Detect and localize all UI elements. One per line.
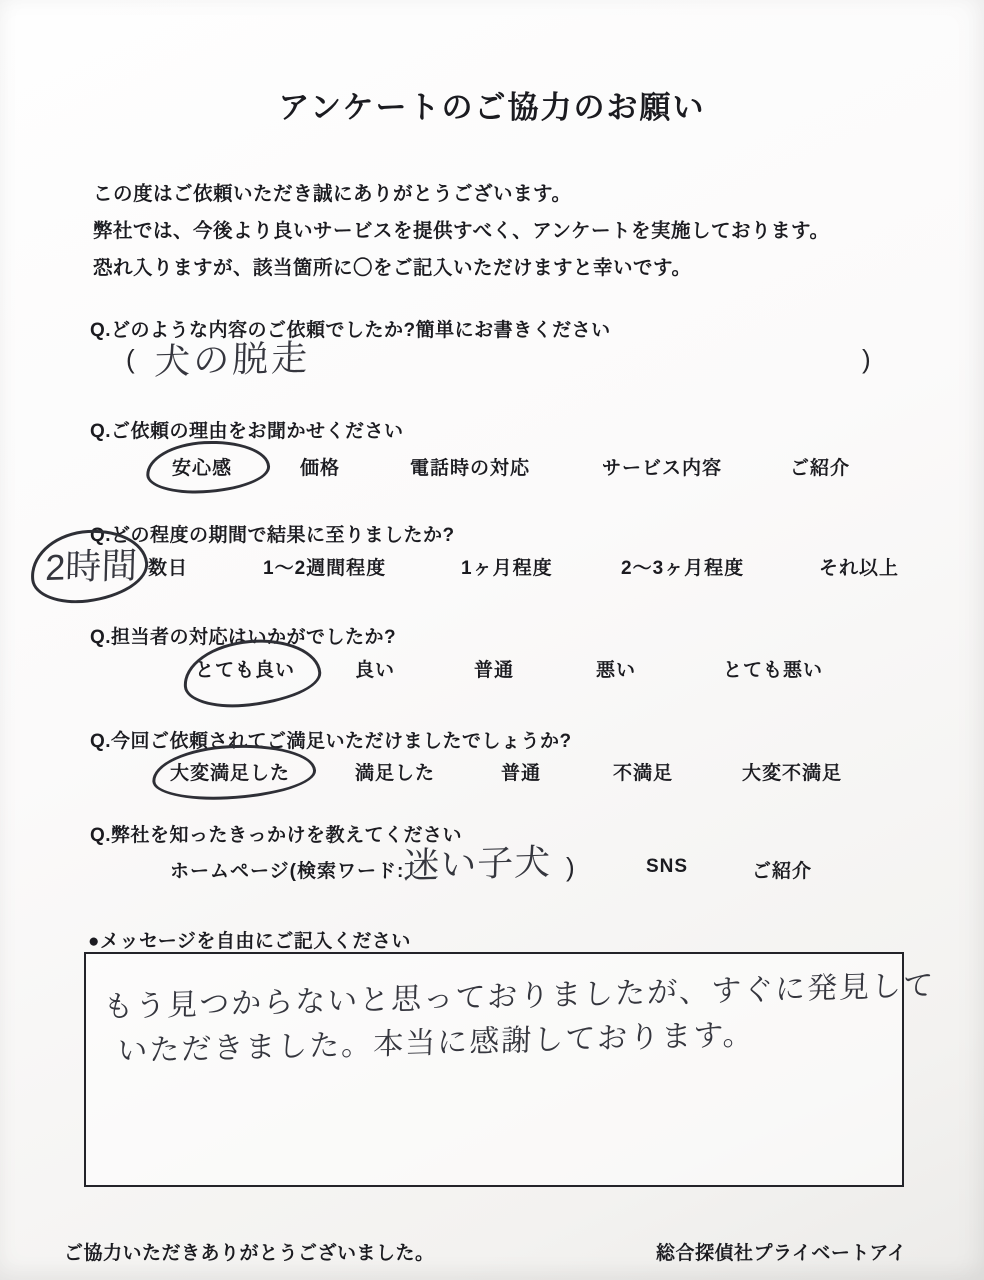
q5-satisfaction-label: Q.今回ご依頼されてご満足いただけましたでしょうか? (90, 726, 572, 753)
option-neutral: 普通 (501, 758, 541, 785)
option-bad: 悪い (596, 655, 636, 682)
footer-company-name: 総合探偵社プライベートアイ (656, 1238, 907, 1265)
option-service-content: サービス内容 (602, 453, 722, 480)
option-good: 良い (355, 655, 395, 682)
intro-line: 弊社では、今後より良いサービスを提供すべく、アンケートを実施しております。 (93, 215, 830, 243)
option-few-days: 数日 (148, 553, 188, 580)
option-1-2-weeks: 1〜2週間程度 (263, 553, 386, 580)
q6-handwritten-keyword: 迷い子犬 (403, 834, 552, 889)
option-longer: それ以上 (819, 553, 899, 580)
option-normal: 普通 (474, 655, 514, 682)
option-unsatisfied: 不満足 (613, 758, 673, 785)
q3-duration-label: Q.どの程度の期間で結果に至りましたか? (90, 520, 455, 547)
option-referral-channel: ご紹介 (752, 856, 812, 883)
intro-line: 恐れ入りますが、該当箇所に〇をご記入いただけますと幸いです。 (93, 252, 691, 280)
intro-line: この度はご依頼いただき誠にありがとうございます。 (93, 178, 571, 206)
q1-open-paren: ( (126, 344, 135, 375)
option-phone-response: 電話時の対応 (410, 453, 530, 480)
q6-close-paren: ) (566, 852, 575, 883)
scanned-survey-page: アンケートのご協力のお願い この度はご依頼いただき誠にありがとうございます。 弊… (0, 0, 984, 1280)
q1-close-paren: ) (862, 344, 871, 375)
option-very-unsatisfied: 大変不満足 (742, 758, 842, 785)
message-section-label: ●メッセージを自由にご記入ください (88, 926, 411, 953)
option-price: 価格 (300, 453, 340, 480)
option-referral: ご紹介 (790, 453, 850, 480)
option-very-bad: とても悪い (723, 655, 823, 682)
option-sns: SNS (646, 856, 688, 878)
q1-handwritten-answer: 犬の脱走 (154, 330, 311, 385)
option-satisfied: 満足した (355, 758, 435, 785)
hand-drawn-circle (145, 438, 272, 496)
option-homepage-search-word: ホームページ(検索ワード: (170, 856, 404, 883)
option-2-3-months: 2〜3ヶ月程度 (621, 553, 744, 580)
option-1-month: 1ヶ月程度 (461, 553, 553, 580)
page-title: アンケートのご協力のお願い (0, 82, 984, 127)
footer-thanks: ご協力いただきありがとうございました。 (64, 1238, 435, 1265)
q2-reason-label: Q.ご依頼の理由をお聞かせください (90, 416, 404, 443)
